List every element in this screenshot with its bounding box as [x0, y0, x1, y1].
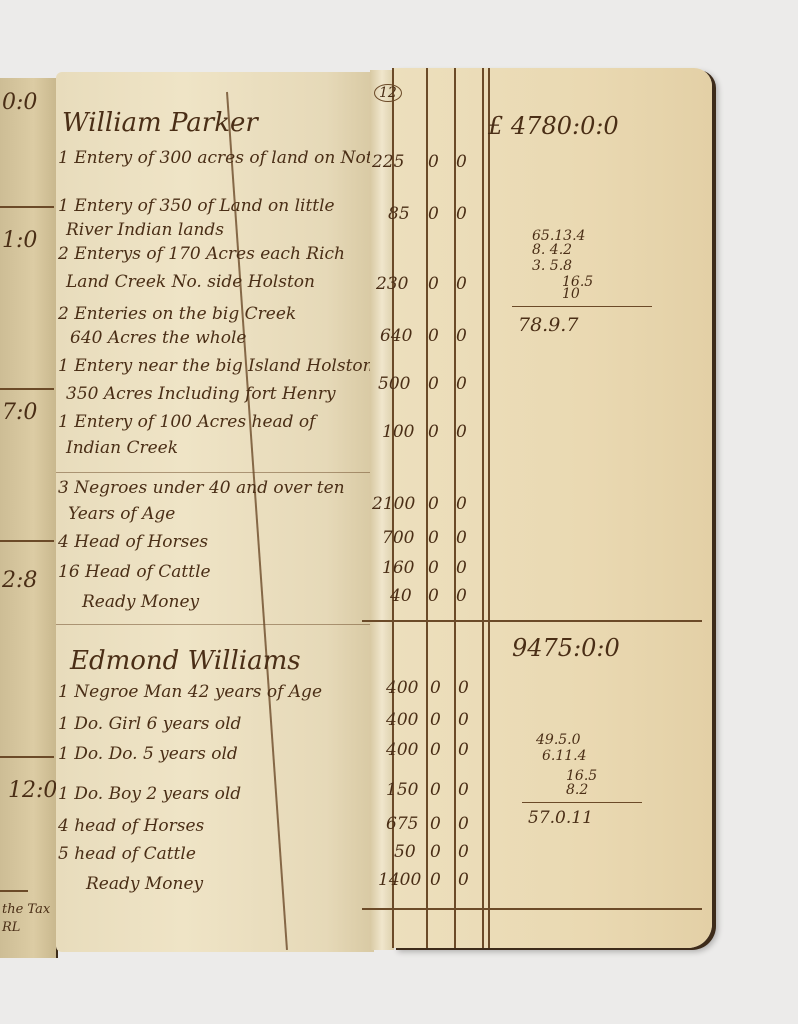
margin-value: 0:0: [2, 90, 37, 115]
amount-pence: 0: [456, 422, 467, 442]
amount-pounds: 100: [382, 422, 414, 442]
section-total: £ 4780:0:0: [488, 112, 619, 140]
item-line: 4 head of Horses: [58, 816, 204, 836]
item-line: 4 Head of Horses: [58, 532, 208, 552]
amount-shillings: 0: [430, 710, 441, 730]
section-total: 9475:0:0: [512, 634, 620, 662]
margin-value: 7:0: [2, 400, 37, 425]
amount-pounds: 85: [388, 204, 410, 224]
amount-shillings: 0: [428, 586, 439, 606]
amount-shillings: 0: [430, 678, 441, 698]
amount-shillings: 0: [428, 326, 439, 346]
rule: [0, 890, 28, 892]
amount-shillings: 0: [428, 528, 439, 548]
item-line: Ready Money: [82, 592, 199, 612]
amount-pence: 0: [456, 586, 467, 606]
item-line: 2 Enterys of 170 Acres each Rich: [58, 244, 345, 264]
amount-pounds: 230: [376, 274, 408, 294]
amount-shillings: 0: [428, 558, 439, 578]
amount-shillings: 0: [430, 814, 441, 834]
calc-line: 10: [562, 286, 580, 302]
page-crease: [226, 92, 288, 950]
calc-line: 8. 4.2: [532, 242, 572, 258]
amounts-column: 225 0 0 85 0 0 230 0 0 640 0 0 500 0 0 1…: [366, 68, 496, 948]
amount-pence: 0: [456, 494, 467, 514]
item-line: 3 Negroes under 40 and over ten: [58, 478, 345, 498]
amount-pounds: 640: [380, 326, 412, 346]
amount-shillings: 0: [430, 780, 441, 800]
amount-shillings: 0: [428, 152, 439, 172]
amount-pence: 0: [456, 374, 467, 394]
amount-pounds: 160: [382, 558, 414, 578]
item-line: 640 Acres the whole: [70, 328, 246, 348]
amount-pence: 0: [458, 740, 469, 760]
item-line: 1 Entery of 350 of Land on little: [58, 196, 335, 216]
amount-pounds: 40: [390, 586, 412, 606]
margin-value: 1:0: [2, 228, 37, 253]
item-line: 1 Entery of 300 acres of land on Notch: [58, 148, 393, 168]
item-line: Ready Money: [86, 874, 203, 894]
amount-pounds: 225: [372, 152, 404, 172]
item-line: 1 Do. Do. 5 years old: [58, 744, 238, 764]
previous-page-edge: 0:0 1:0 7:0 2:8 12:0 the Tax RL: [0, 78, 58, 958]
amount-shillings: 0: [430, 740, 441, 760]
item-line: Years of Age: [68, 504, 175, 524]
item-line: 1 Entery of 100 Acres head of: [58, 412, 315, 432]
amount-shillings: 0: [428, 422, 439, 442]
owner-name: William Parker: [62, 108, 258, 138]
amount-pence: 0: [456, 274, 467, 294]
margin-note: the Tax: [2, 902, 50, 917]
item-line: River Indian lands: [66, 220, 224, 240]
calc-line: 8.2: [566, 782, 588, 798]
amount-shillings: 0: [430, 842, 441, 862]
amount-pounds: 400: [386, 678, 418, 698]
calc-sum: 57.0.11: [528, 808, 593, 828]
owner-name: Edmond Williams: [70, 646, 301, 676]
rule: [0, 756, 54, 758]
amount-pence: 0: [458, 870, 469, 890]
left-ledger-page: William Parker 1 Entery of 300 acres of …: [56, 72, 374, 952]
amount-shillings: 0: [430, 870, 441, 890]
amount-shillings: 0: [428, 274, 439, 294]
amount-pence: 0: [456, 558, 467, 578]
amount-pounds: 675: [386, 814, 418, 834]
amount-pence: 0: [456, 204, 467, 224]
amount-pence: 0: [458, 710, 469, 730]
amount-pounds: 500: [378, 374, 410, 394]
item-line: 16 Head of Cattle: [58, 562, 211, 582]
item-line: 2 Enteries on the big Creek: [58, 304, 296, 324]
margin-value: 12:0: [8, 778, 57, 803]
sum-rule: [522, 802, 642, 803]
amount-pounds: 700: [382, 528, 414, 548]
amount-pounds: 50: [394, 842, 416, 862]
item-line: 1 Entery near the big Island Holston: [58, 356, 374, 376]
amount-pence: 0: [458, 814, 469, 834]
item-line: 1 Do. Girl 6 years old: [58, 714, 241, 734]
rule: [0, 388, 54, 390]
amount-pounds: 2100: [372, 494, 415, 514]
item-line: 350 Acres Including fort Henry: [66, 384, 336, 404]
amount-pence: 0: [458, 842, 469, 862]
amount-pounds: 150: [386, 780, 418, 800]
rule: [0, 540, 54, 542]
amount-pounds: 1400: [378, 870, 421, 890]
calc-line: 6.11.4: [542, 748, 587, 764]
amount-shillings: 0: [428, 494, 439, 514]
item-line: 1 Do. Boy 2 years old: [58, 784, 241, 804]
calc-line: 49.5.0: [536, 732, 581, 748]
rule: [56, 624, 374, 625]
amount-pence: 0: [456, 326, 467, 346]
calc-line: 3. 5.8: [532, 258, 572, 274]
amount-pence: 0: [458, 678, 469, 698]
amount-pounds: 400: [386, 710, 418, 730]
margin-note: RL: [2, 920, 20, 935]
amount-shillings: 0: [428, 374, 439, 394]
amount-pence: 0: [456, 528, 467, 548]
item-line: 1 Negroe Man 42 years of Age: [58, 682, 322, 702]
amount-pounds: 400: [386, 740, 418, 760]
rule: [56, 472, 374, 473]
rule: [0, 206, 54, 208]
calc-sum: 78.9.7: [518, 314, 578, 336]
amount-shillings: 0: [428, 204, 439, 224]
item-line: 5 head of Cattle: [58, 844, 196, 864]
amount-pence: 0: [458, 780, 469, 800]
item-line: Indian Creek: [66, 438, 178, 458]
item-line: Land Creek No. side Holston: [66, 272, 315, 292]
amount-pence: 0: [456, 152, 467, 172]
margin-value: 2:8: [2, 568, 37, 593]
sum-rule: [512, 306, 652, 307]
